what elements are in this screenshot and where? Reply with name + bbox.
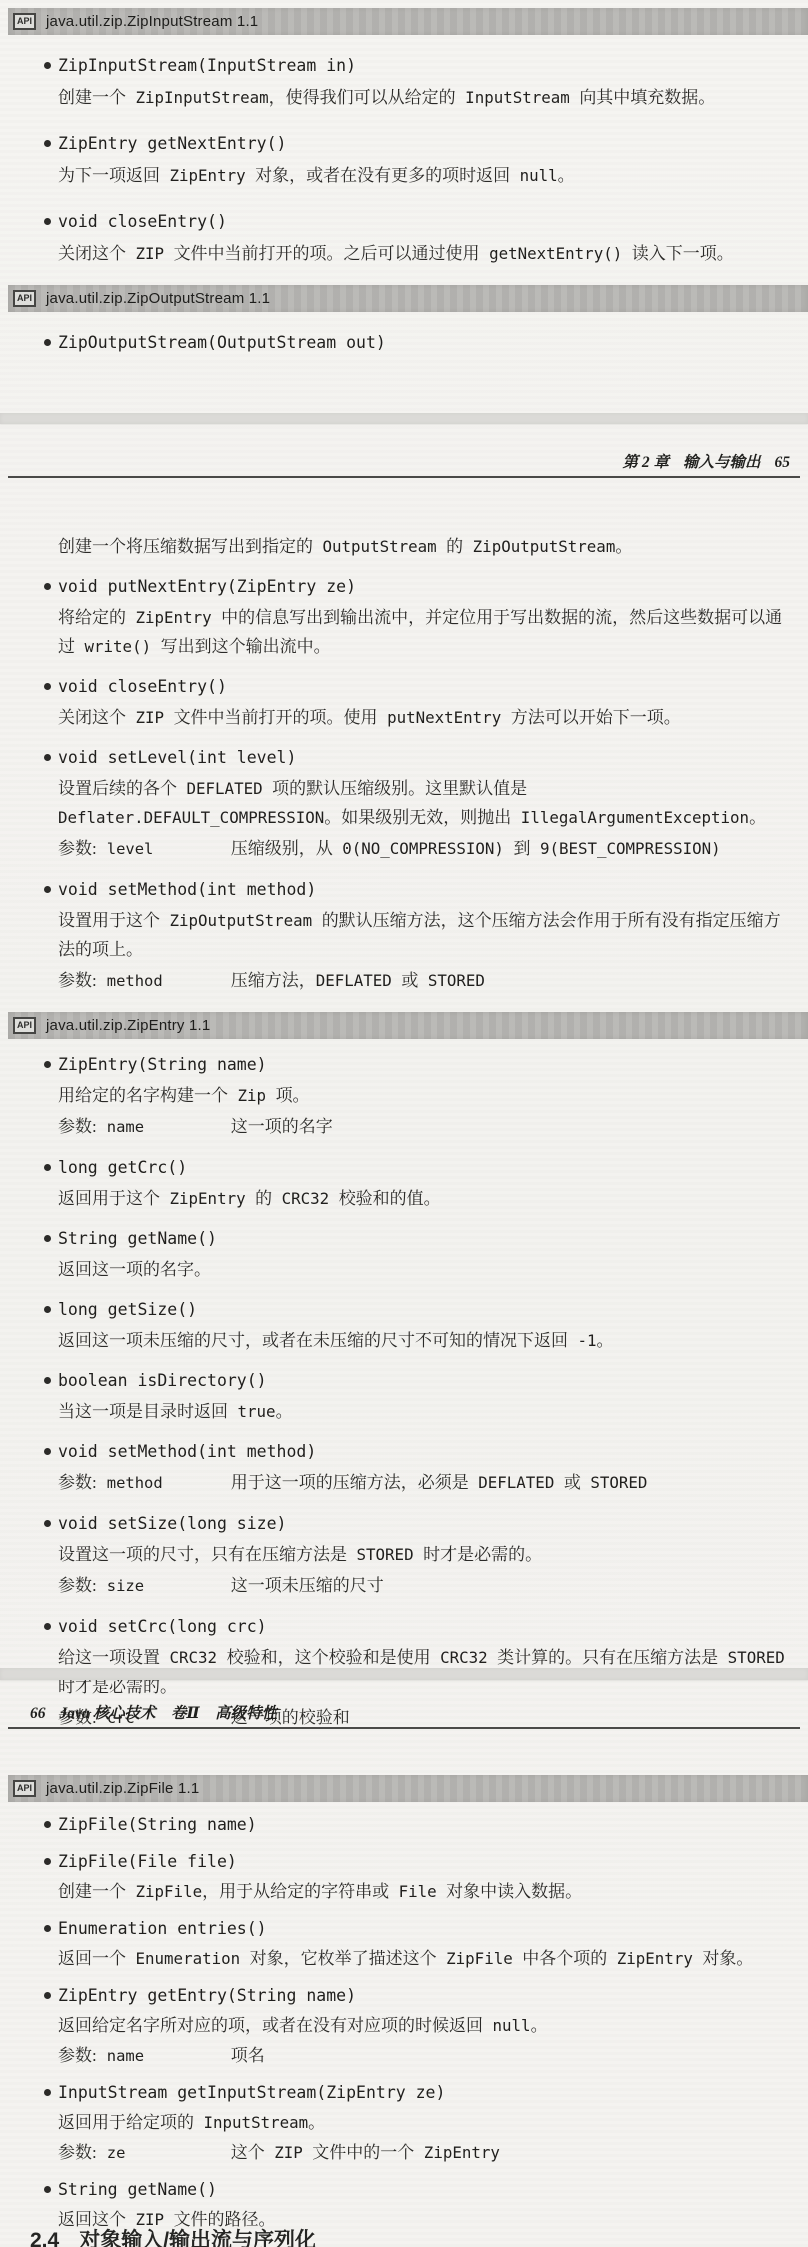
method-description: 返回这一项未压缩的尺寸，或者在未压缩的尺寸不可知的情况下返回 -1。 <box>0 1326 808 1355</box>
parameter-name: size <box>107 1572 231 1601</box>
method-signature: void setMethod(int method) <box>0 1437 808 1466</box>
book-title: Java 核心技术 卷Ⅱ 高级特性 <box>60 1705 278 1722</box>
parameter-line: 参数:method用于这一项的压缩方法，必须是 DEFLATED 或 STORE… <box>0 1468 808 1498</box>
section-title: 对象输入/输出流与序列化 <box>79 2224 316 2247</box>
page-region-66: 66Java 核心技术 卷Ⅱ 高级特性APIjava.util.zip.ZipF… <box>0 1680 808 2247</box>
method-signature: void closeEntry() <box>0 207 808 237</box>
method-description: 关闭这个 ZIP 文件中当前打开的项。之后可以通过使用 getNextEntry… <box>0 239 808 269</box>
parameter-line: 参数:ze这个 ZIP 文件中的一个 ZipEntry <box>0 2139 808 2167</box>
api-header-bar: APIjava.util.zip.ZipEntry 1.1 <box>8 1012 808 1039</box>
header-rule <box>8 1727 800 1729</box>
page-number: 66 <box>30 1705 46 1722</box>
chapter-title: 输入与输出 <box>683 454 761 471</box>
method-description: 返回用于给定项的 InputStream。 <box>0 2109 808 2137</box>
chapter-number: 第 2 章 <box>622 454 669 471</box>
section-heading-cutoff: 2.4 对象输入/输出流与序列化 <box>30 2224 316 2247</box>
parameter-label: 参数: <box>58 1468 97 1497</box>
method-description: 为下一项返回 ZipEntry 对象，或者在没有更多的项时返回 null。 <box>0 161 808 191</box>
running-page-header: 66Java 核心技术 卷Ⅱ 高级特性 <box>0 1704 808 1724</box>
parameter-label: 参数: <box>58 1571 97 1600</box>
method-description: 返回用于这个 ZipEntry 的 CRC32 校验和的值。 <box>0 1184 808 1213</box>
method-signature: void setMethod(int method) <box>0 875 808 904</box>
method-signature: ZipOutputStream(OutputStream out) <box>0 328 808 358</box>
api-badge-icon: API <box>13 290 36 307</box>
api-class-title: java.util.zip.ZipOutputStream 1.1 <box>46 290 270 307</box>
parameter-description: 用于这一项的压缩方法，必须是 DEFLATED 或 STORED <box>231 1468 808 1497</box>
parameter-line: 参数:name这一项的名字 <box>0 1112 808 1142</box>
method-signature: void putNextEntry(ZipEntry ze) <box>0 572 808 601</box>
method-description: 返回一个 Enumeration 对象，它枚举了描述这个 ZipFile 中各个… <box>0 1945 808 1973</box>
method-signature: String getName() <box>0 2176 808 2204</box>
api-class-title: java.util.zip.ZipFile 1.1 <box>46 1780 199 1797</box>
parameter-name: name <box>107 2042 231 2070</box>
api-badge-icon: API <box>13 13 36 30</box>
parameter-line: 参数:size这一项未压缩的尺寸 <box>0 1571 808 1601</box>
method-description: 创建一个 ZipFile，用于从给定的字符串或 File 对象中读入数据。 <box>0 1878 808 1906</box>
api-header-bar: APIjava.util.zip.ZipOutputStream 1.1 <box>8 285 808 312</box>
parameter-label: 参数: <box>58 834 97 863</box>
method-description: 返回给定名字所对应的项，或者在没有对应项的时候返回 null。 <box>0 2012 808 2040</box>
parameter-description: 项名 <box>231 2042 808 2070</box>
api-header-bar: APIjava.util.zip.ZipFile 1.1 <box>8 1775 808 1802</box>
method-description: 创建一个 ZipInputStream，使得我们可以从给定的 InputStre… <box>0 83 808 113</box>
method-description: 关闭这个 ZIP 文件中当前打开的项。使用 putNextEntry 方法可以开… <box>0 703 808 732</box>
api-header-bar: APIjava.util.zip.ZipInputStream 1.1 <box>8 8 808 35</box>
parameter-description: 压缩级别，从 0(NO_COMPRESSION) 到 9(BEST_COMPRE… <box>231 834 808 863</box>
method-signature: Enumeration entries() <box>0 1915 808 1943</box>
parameter-description: 这一项的名字 <box>231 1112 808 1141</box>
parameter-name: method <box>107 967 231 996</box>
parameter-description: 压缩方法，DEFLATED 或 STORED <box>231 966 808 995</box>
page-gap-band <box>0 413 808 424</box>
method-description: 设置后续的各个 DEFLATED 项的默认压缩级别。这里默认值是 Deflate… <box>0 774 808 832</box>
method-signature: ZipFile(File file) <box>0 1848 808 1876</box>
page-region-65: 第 2 章输入与输出65创建一个将压缩数据写出到指定的 OutputStream… <box>0 424 808 1668</box>
parameter-line: 参数:method压缩方法，DEFLATED 或 STORED <box>0 966 808 996</box>
parameter-name: name <box>107 1113 231 1142</box>
method-signature: void setLevel(int level) <box>0 743 808 772</box>
method-signature: ZipFile(String name) <box>0 1811 808 1839</box>
method-description: 将给定的 ZipEntry 中的信息写出到输出流中，并定位用于写出数据的流，然后… <box>0 603 808 661</box>
api-badge-icon: API <box>13 1017 36 1034</box>
method-signature: ZipEntry(String name) <box>0 1050 808 1079</box>
method-signature: long getCrc() <box>0 1153 808 1182</box>
method-description: 创建一个将压缩数据写出到指定的 OutputStream 的 ZipOutput… <box>0 532 808 561</box>
parameter-line: 参数:name项名 <box>0 2042 808 2070</box>
section-number: 2.4 <box>30 2229 59 2247</box>
api-class-title: java.util.zip.ZipEntry 1.1 <box>46 1017 210 1034</box>
running-page-header: 第 2 章输入与输出65 <box>0 453 808 473</box>
method-signature: ZipEntry getNextEntry() <box>0 129 808 159</box>
parameter-label: 参数: <box>58 966 97 995</box>
api-class-title: java.util.zip.ZipInputStream 1.1 <box>46 13 258 30</box>
parameter-label: 参数: <box>58 1112 97 1141</box>
method-description: 用给定的名字构建一个 Zip 项。 <box>0 1081 808 1110</box>
method-signature: void setSize(long size) <box>0 1509 808 1538</box>
method-signature: long getSize() <box>0 1295 808 1324</box>
header-rule <box>8 476 800 478</box>
parameter-name: level <box>107 835 231 864</box>
method-signature: void setCrc(long crc) <box>0 1612 808 1641</box>
method-signature: InputStream getInputStream(ZipEntry ze) <box>0 2079 808 2107</box>
method-description: 设置用于这个 ZipOutputStream 的默认压缩方法，这个压缩方法会作用… <box>0 906 808 964</box>
scanned-book-page: APIjava.util.zip.ZipInputStream 1.1ZipIn… <box>0 0 808 2247</box>
parameter-description: 这一项未压缩的尺寸 <box>231 1571 808 1600</box>
method-signature: String getName() <box>0 1224 808 1253</box>
parameter-label: 参数: <box>58 2042 97 2070</box>
method-signature: ZipEntry getEntry(String name) <box>0 1982 808 2010</box>
method-description: 设置这一项的尺寸，只有在压缩方法是 STORED 时才是必需的。 <box>0 1540 808 1569</box>
page-gap-band <box>0 1668 808 1680</box>
parameter-name: method <box>107 1469 231 1498</box>
page-number: 65 <box>775 454 791 471</box>
parameter-name: ze <box>107 2139 231 2167</box>
parameter-label: 参数: <box>58 2139 97 2167</box>
page-region-top: APIjava.util.zip.ZipInputStream 1.1ZipIn… <box>0 0 808 413</box>
method-signature: ZipInputStream(InputStream in) <box>0 51 808 81</box>
api-badge-icon: API <box>13 1780 36 1797</box>
parameter-line: 参数:level压缩级别，从 0(NO_COMPRESSION) 到 9(BES… <box>0 834 808 864</box>
method-signature: boolean isDirectory() <box>0 1366 808 1395</box>
parameter-description: 这个 ZIP 文件中的一个 ZipEntry <box>231 2139 808 2167</box>
method-description: 当这一项是目录时返回 true。 <box>0 1397 808 1426</box>
method-description: 返回这一项的名字。 <box>0 1255 808 1284</box>
method-signature: void closeEntry() <box>0 672 808 701</box>
